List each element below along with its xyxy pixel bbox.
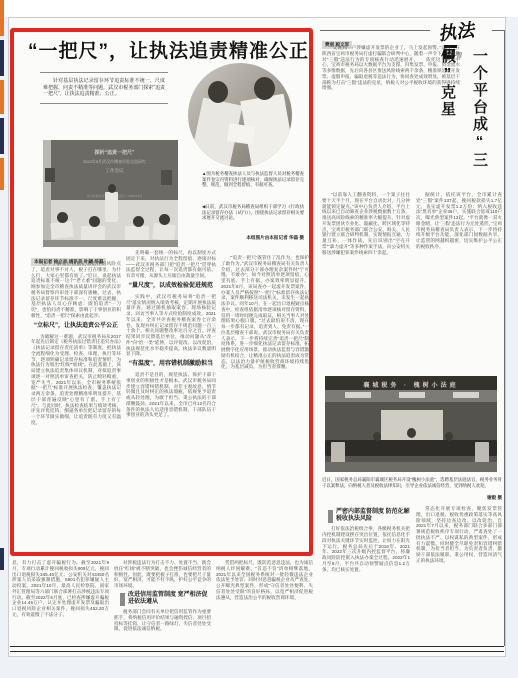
photo-table-shape — [43, 240, 178, 247]
body-paragraph: 先明确一套统一的标尺，再以制度方式固定下来，对执法行为全程留痕、逐项对标——武汉… — [126, 250, 216, 279]
conference-room-photo: 襄城税务 · 槐树小法庭 — [325, 376, 497, 472]
photo-caption-a: ▲图为税务稽查执法人员与执法监督人员对税务稽查案件卷宗内资料进行逐项核对，确保执… — [202, 171, 304, 188]
photo-frame-shape — [161, 170, 172, 185]
body-paragraph: 对涉税违法行为打击不力、处置不当，既会放任“红线”被不断突破，也会挫伤诚信经营者… — [114, 560, 211, 589]
meeting-room-photo: 探析“追责一把尺” 2022年5月武汉市稽查经验交流研究 工作会议 武汉市税务局… — [43, 140, 178, 247]
photo-head-shape — [57, 212, 68, 223]
body-paragraph: 打好依法治税组合拳，各级税务机关把内控机制建设摆在突出位置，依托信息化手段对执法… — [322, 526, 410, 572]
photo-head-shape — [208, 81, 228, 103]
bottom-column-1: 息，有力打击了虚开骗税行为。截至2021年9月，专项行动累计挽回税收损失909亿… — [12, 560, 109, 642]
subhead-liang-chidu: “量尺度”，以成效检验促进规范 — [126, 283, 216, 290]
subhead-li-biaochi: “立标尺”，让执法追责公平公正 — [31, 323, 121, 330]
body-paragraph: 为破解这一难题，武汉市税务局从2017年起先后制定《税务执法过错责任追究办法》《… — [31, 334, 121, 426]
slide-line3: 工作会议 — [51, 168, 178, 174]
photo-speaker-shape — [105, 192, 118, 222]
officers-circle-photo — [188, 63, 292, 167]
photo-document-shape — [227, 123, 255, 144]
continuation-column-4: 严密内部监督制度 防范化解税收执法风险 打好依法治税组合拳，各级税务机关把内控机… — [322, 506, 410, 642]
photo-attendee-shape — [475, 442, 489, 464]
subhead-text: 严密内部监督制度 防范化解税收执法风险 — [336, 509, 410, 523]
edge-stripe-navy-3 — [0, 548, 4, 570]
right-frame-rule — [504, 30, 505, 646]
photo-credit-right: 谢毅 摄 — [422, 495, 502, 501]
subhead-bullet-icon — [328, 510, 333, 523]
continuation-column-5: 常态化开展专项检查，聚焦发票管理、出口退税、税收优惠政策落实等高风险领域，坚持边… — [416, 506, 502, 642]
bottom-column-3: 凭借两把标尺，既防范恶意违法，也为诚信纳税人纾困解难。“首违不罚”清单相继落地，… — [216, 560, 313, 642]
body-paragraph: “又查到一户涉嫌虚开发票的企业了，马上发起预警。”近日，在陕西省宝鸡市税务局打虚… — [322, 45, 460, 91]
conference-photo-caption: 近日，国家税务总局襄阳市襄城区税务局开设“槐树小法庭”，选聘基层法庭法官、税务业… — [322, 477, 502, 488]
slide-subtitle: 2022年5月武汉市稽查经验交流研究 — [51, 159, 178, 165]
photo-credit-left: 本组图片由本报记者 华磊 摄 — [202, 235, 304, 241]
right-article-mid-b: 据统计，依托该平台，全市累计查处“三假”案件137起，挽回税款损失1.7亿元，查… — [416, 192, 502, 372]
edge-stripe-navy-1 — [0, 40, 4, 76]
photo-head-shape — [373, 432, 381, 441]
photo-attendee-shape — [152, 223, 176, 241]
newspaper-scan-page: { "masthead": { "calligraphy": "执法", "bo… — [0, 0, 518, 678]
body-paragraph: 追责不是目的，规范执法、保护干部干事创业的积极性才是根本。武汉市税务局同步建立容… — [126, 372, 216, 418]
photo-banner-text: 襄城税务 · 槐树小法庭 — [325, 380, 497, 389]
article-column-3: “‘追责一把尺’既管住了乱作为，也保护了敢作为。”武汉市税务局稽查局有关负责人介… — [221, 255, 309, 554]
body-paragraph: 凭借两把标尺，既防范恶意违法，也为诚信纳税人纾困解难。“首违不罚”清单相继落地，… — [216, 560, 313, 600]
subhead-bullet-icon — [120, 593, 125, 606]
photo-head-shape — [108, 184, 116, 193]
edge-stripe-navy-2 — [0, 118, 4, 154]
body-paragraph: 据统计，依托该平台，全市累计查处“三假”案件137起，挽回税款损失1.7亿元，查… — [416, 192, 502, 250]
body-paragraph: “以前靠人工翻查资料，一个案子往往要十天半个月，现在平台自动比对，几分钟就能锁定… — [322, 192, 410, 255]
photo-floor-shape — [325, 462, 497, 472]
body-paragraph: “这下了解基层执法记录留存的风险点了，追责对事不对人，板子打在哪里、为什么打，大… — [31, 261, 121, 319]
main-headline: “一把尺”，让执法追责精准公正 — [28, 36, 310, 63]
vertical-headline: 一个平台成“三假”克星 — [463, 48, 495, 198]
photo-head-shape — [159, 214, 170, 225]
photo-light-shape — [345, 392, 371, 398]
article-column-1: “这下了解基层执法记录留存的风险点了，追责对事不对人，板子打在哪里、为什么打，大… — [31, 261, 121, 554]
subhead-you-wendu: “有温度”，用容错机制激励担当 — [126, 361, 216, 368]
body-paragraph: 税务部门会同有关单位把信用监管作为重要抓手，将纳税信用评价结果与融资授信、项目招… — [114, 609, 211, 632]
photo-head-shape — [445, 432, 453, 441]
edge-stripe-orange-2 — [0, 80, 4, 114]
subhead-text: 改进信用监管制度 宽严相济促进依法遵从 — [128, 592, 211, 606]
body-paragraph: “‘追责一把尺’既管住了乱作为，也保护了敢作为。”武汉市税务局稽查局有关负责人介… — [221, 255, 309, 370]
masthead-calligraphy: 执法 — [437, 16, 476, 46]
body-paragraph: 息，有力打击了虚开骗税行为。截至2021年9月，专项行动累计挽回税收损失909亿… — [12, 560, 109, 618]
photo-light-shape — [399, 392, 425, 398]
photo-head-shape — [133, 216, 144, 227]
bottom-column-2: 对涉税违法行为打击不力、处置不当，既会放任“红线”被不断突破，也会挫伤诚信经营者… — [114, 560, 211, 642]
bottom-double-rule — [10, 646, 504, 652]
body-paragraph: 常态化开展专项检查，聚焦发票管理、出口退税、税收优惠政策落实等高风险领域，坚持边… — [416, 506, 502, 564]
right-article-top: “又查到一户涉嫌虚开发票的企业了，马上发起预警。”近日，在陕西省宝鸡市税务局打虚… — [322, 45, 460, 189]
edge-stripe-orange-3 — [0, 158, 4, 190]
photo-caption-b: ◀日前，武汉市税务局稽查局组织干部学习《行政执法记录留存办法（试行）》，围绕执法… — [202, 204, 304, 221]
edge-stripe-orange-1 — [0, 0, 4, 36]
subhead-credit-supervision: 改进信用监管制度 宽严相济促进依法遵从 — [120, 592, 211, 606]
article-intro-box: 针对基层执法记录留存环节追责标准不统一、尺度难把握、问责不精准等问题，武汉市税务… — [40, 72, 168, 104]
photo-head-shape — [89, 216, 100, 227]
photo-light-shape — [453, 392, 479, 398]
article-column-2: 先明确一套统一的标尺，再以制度方式固定下来，对执法行为全程留痕、逐项对标——武汉… — [126, 250, 216, 554]
photo-head-shape — [407, 428, 416, 438]
right-article-mid-a: “以前靠人工翻查资料，一个案子往往要十天半个月，现在平台自动比对，几分钟就能锁定… — [322, 192, 410, 372]
subhead-internal-supervision: 严密内部监督制度 防范化解税收执法风险 — [328, 509, 410, 523]
photo-wall-shape — [43, 140, 51, 247]
photo-attendee-shape — [331, 442, 345, 464]
photo-attendee-shape — [50, 221, 74, 239]
top-margin-strip — [0, 0, 518, 17]
photo-head-shape — [254, 77, 275, 100]
photo-frame-shape — [45, 168, 55, 182]
photo-dais-shape — [325, 440, 497, 456]
body-paragraph: 实践中，武汉市税务局将“追责一把尺”落实情况纳入绩效考核，定期开展执法质量评查，… — [126, 294, 216, 357]
slide-title: 探析“追责一把尺” — [51, 149, 178, 156]
